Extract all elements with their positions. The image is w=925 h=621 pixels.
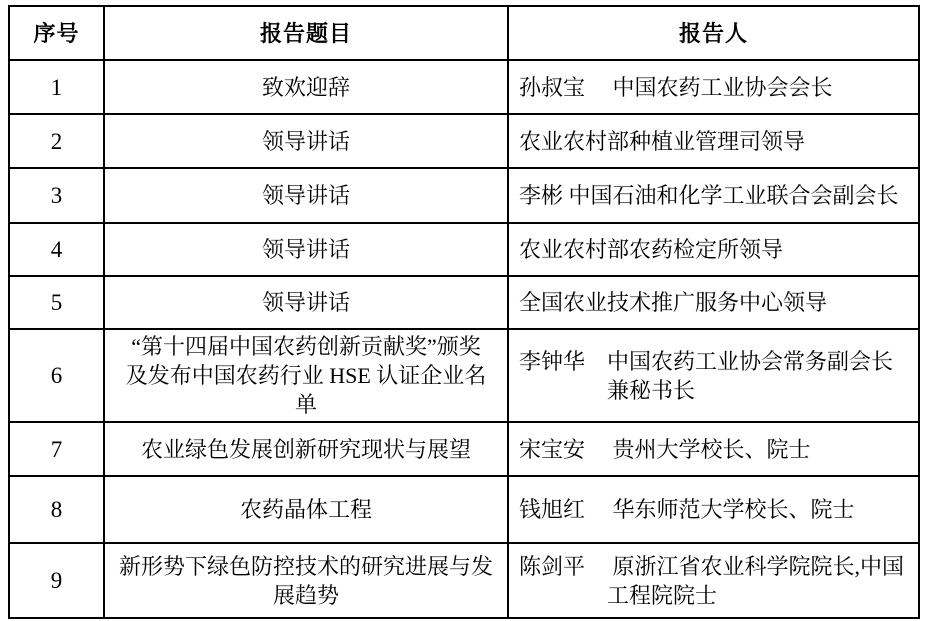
cell-speaker: 钱旭红 华东师范大学校长、院士 xyxy=(508,476,919,543)
table-row: 9新形势下绿色防控技术的研究进展与发 展趋势陈剑平 原浙江省农业科学院院长,中国… xyxy=(9,543,919,618)
table-row: 1致欢迎辞孙叔宝 中国农药工业协会会长 xyxy=(9,60,919,114)
table-row: 4领导讲话农业农村部农药检定所领导 xyxy=(9,223,919,276)
cell-index: 6 xyxy=(9,329,104,422)
cell-speaker: 李彬 中国石油和化学工业联合会副会长 xyxy=(508,168,919,223)
table-row: 8农药晶体工程钱旭红 华东师范大学校长、院士 xyxy=(9,476,919,543)
table-row: 2领导讲话农业农村部种植业管理司领导 xyxy=(9,114,919,168)
cell-speaker: 宋宝安 贵州大学校长、院士 xyxy=(508,422,919,476)
cell-speaker: 全国农业技术推广服务中心领导 xyxy=(508,276,919,329)
cell-index: 5 xyxy=(9,276,104,329)
cell-index: 1 xyxy=(9,60,104,114)
cell-title: 致欢迎辞 xyxy=(104,60,508,114)
cell-speaker: 农业农村部农药检定所领导 xyxy=(508,223,919,276)
col-header-index: 序号 xyxy=(9,6,104,60)
cell-title: “第十四届中国农药创新贡献奖”颁奖 及发布中国农药行业 HSE 认证企业名 单 xyxy=(104,329,508,422)
cell-speaker: 陈剑平 原浙江省农业科学院院长,中国 工程院院士 xyxy=(508,543,919,618)
table-row: 5领导讲话全国农业技术推广服务中心领导 xyxy=(9,276,919,329)
header-row: 序号 报告题目 报告人 xyxy=(9,6,919,60)
document-page: 序号 报告题目 报告人 1致欢迎辞孙叔宝 中国农药工业协会会长2领导讲话农业农村… xyxy=(0,5,925,621)
cell-title: 新形势下绿色防控技术的研究进展与发 展趋势 xyxy=(104,543,508,618)
table-body: 1致欢迎辞孙叔宝 中国农药工业协会会长2领导讲话农业农村部种植业管理司领导3领导… xyxy=(9,60,919,618)
agenda-table: 序号 报告题目 报告人 1致欢迎辞孙叔宝 中国农药工业协会会长2领导讲话农业农村… xyxy=(8,5,920,619)
cell-index: 7 xyxy=(9,422,104,476)
cell-title: 领导讲话 xyxy=(104,168,508,223)
cell-title: 领导讲话 xyxy=(104,223,508,276)
cell-title: 农业绿色发展创新研究现状与展望 xyxy=(104,422,508,476)
cell-index: 2 xyxy=(9,114,104,168)
cell-speaker: 李钟华 中国农药工业协会常务副会长 兼秘书长 xyxy=(508,329,919,422)
cell-index: 4 xyxy=(9,223,104,276)
cell-title: 农药晶体工程 xyxy=(104,476,508,543)
cell-index: 8 xyxy=(9,476,104,543)
cell-speaker: 农业农村部种植业管理司领导 xyxy=(508,114,919,168)
col-header-speaker: 报告人 xyxy=(508,6,919,60)
cell-title: 领导讲话 xyxy=(104,276,508,329)
cell-index: 3 xyxy=(9,168,104,223)
cell-index: 9 xyxy=(9,543,104,618)
table-row: 3领导讲话李彬 中国石油和化学工业联合会副会长 xyxy=(9,168,919,223)
col-header-title: 报告题目 xyxy=(104,6,508,60)
table-row: 6“第十四届中国农药创新贡献奖”颁奖 及发布中国农药行业 HSE 认证企业名 单… xyxy=(9,329,919,422)
cell-title: 领导讲话 xyxy=(104,114,508,168)
cell-speaker: 孙叔宝 中国农药工业协会会长 xyxy=(508,60,919,114)
table-row: 7农业绿色发展创新研究现状与展望宋宝安 贵州大学校长、院士 xyxy=(9,422,919,476)
